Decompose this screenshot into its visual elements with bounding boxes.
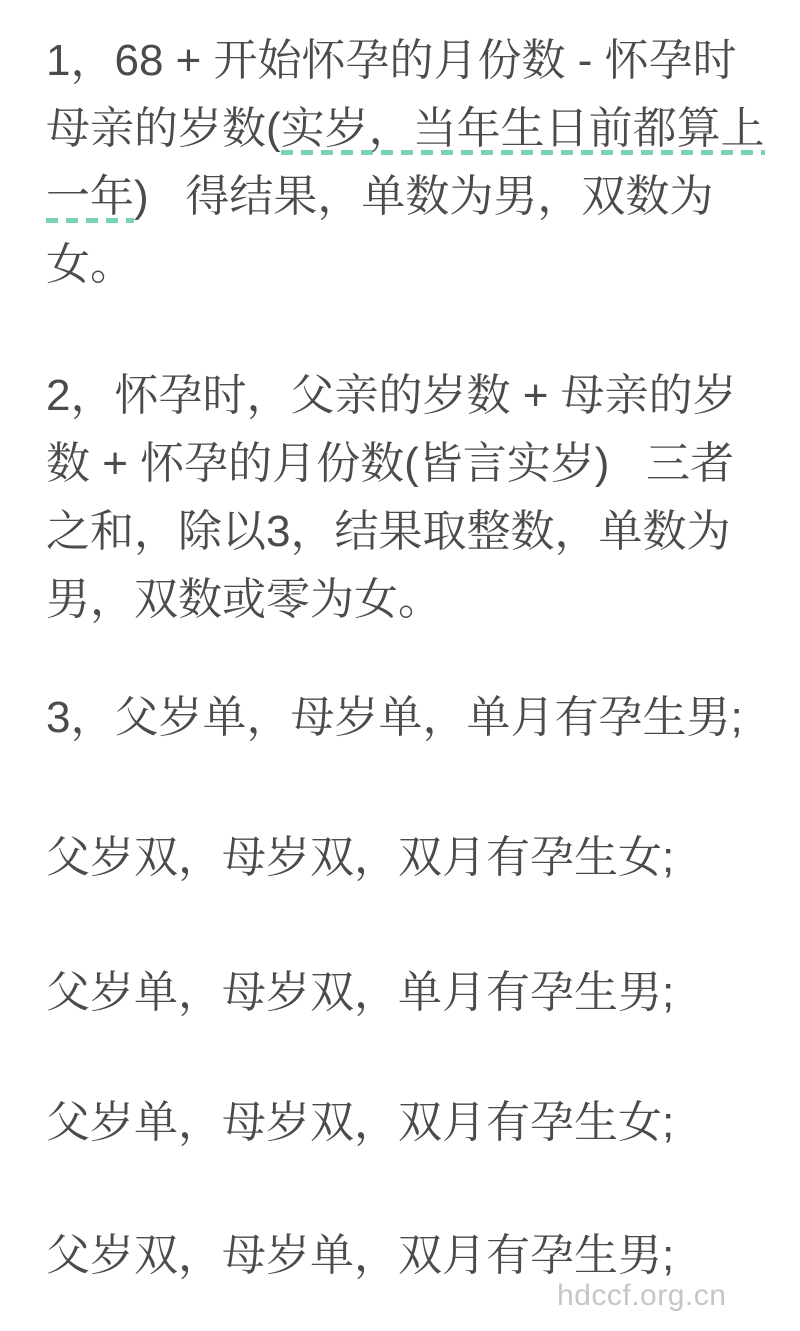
annotated-text-dashed: 一年 bbox=[46, 172, 134, 223]
paragraph: 父岁双，母岁双，双月有孕生女; bbox=[46, 824, 780, 892]
text-line: 女。 bbox=[46, 231, 780, 299]
text-line: 一年) 得结果，单数为男，双数为 bbox=[46, 163, 780, 231]
text-line: 数 + 怀孕的月份数(皆言实岁) 三者 bbox=[46, 430, 780, 498]
paragraph: 1，68 + 开始怀孕的月份数 - 怀孕时母亲的岁数(实岁，当年生日前都算上一年… bbox=[46, 27, 780, 299]
paragraph: 父岁单，母岁双，双月有孕生女; bbox=[46, 1089, 780, 1157]
text-segment: 之和，除以3，结果取整数，单数为 bbox=[46, 507, 730, 556]
text-segment: 3，父岁单，母岁单，单月有孕生男; bbox=[46, 693, 743, 742]
annotated-text-dashed: 实岁，当年生日前都算上 bbox=[281, 104, 765, 155]
text-segment: 父岁双，母岁单，双月有孕生男; bbox=[46, 1231, 674, 1280]
text-segment: 2，怀孕时，父亲的岁数 + 母亲的岁 bbox=[46, 371, 737, 420]
text-line: 母亲的岁数(实岁，当年生日前都算上 bbox=[46, 95, 780, 163]
text-segment: 母亲的岁数( bbox=[46, 104, 281, 153]
paragraph: 2，怀孕时，父亲的岁数 + 母亲的岁数 + 怀孕的月份数(皆言实岁) 三者之和，… bbox=[46, 362, 780, 634]
text-line: 3，父岁单，母岁单，单月有孕生男; bbox=[46, 684, 780, 752]
text-line: 父岁双，母岁双，双月有孕生女; bbox=[46, 824, 780, 892]
text-segment: 父岁单，母岁双，单月有孕生男; bbox=[46, 968, 674, 1017]
text-line: 2，怀孕时，父亲的岁数 + 母亲的岁 bbox=[46, 362, 780, 430]
paragraph: 父岁单，母岁双，单月有孕生男; bbox=[46, 959, 780, 1027]
text-segment: 女。 bbox=[46, 240, 134, 289]
document-content: 1，68 + 开始怀孕的月份数 - 怀孕时母亲的岁数(实岁，当年生日前都算上一年… bbox=[46, 27, 780, 1290]
text-segment: 1，68 + 开始怀孕的月份数 - 怀孕时 bbox=[46, 36, 737, 85]
text-line: 1，68 + 开始怀孕的月份数 - 怀孕时 bbox=[46, 27, 780, 95]
text-line: 父岁单，母岁双，双月有孕生女; bbox=[46, 1089, 780, 1157]
text-line: 男，双数或零为女。 bbox=[46, 566, 780, 634]
text-segment: 男，双数或零为女。 bbox=[46, 575, 442, 624]
text-segment: ) 得结果，单数为男，双数为 bbox=[134, 172, 713, 221]
text-line: 之和，除以3，结果取整数，单数为 bbox=[46, 498, 780, 566]
paragraph: 3，父岁单，母岁单，单月有孕生男; bbox=[46, 684, 780, 752]
text-segment: 父岁单，母岁双，双月有孕生女; bbox=[46, 1098, 674, 1147]
text-segment: 父岁双，母岁双，双月有孕生女; bbox=[46, 833, 674, 882]
watermark: hdccf.org.cn bbox=[557, 1280, 726, 1312]
text-line: 父岁单，母岁双，单月有孕生男; bbox=[46, 959, 780, 1027]
text-segment: 数 + 怀孕的月份数(皆言实岁) 三者 bbox=[46, 439, 734, 488]
